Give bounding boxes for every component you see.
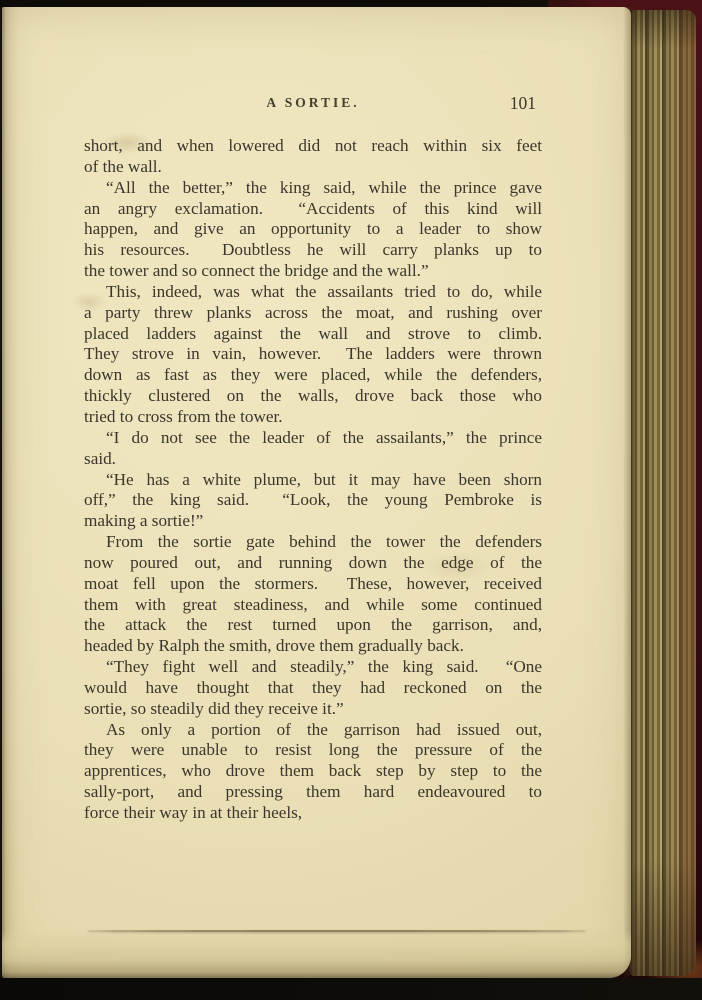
paragraph: As only a portion of the garrison had is…	[84, 720, 542, 824]
text-line: the tower and so connect the bridge and …	[84, 261, 542, 282]
paragraph: From the sortie gate behind the tower th…	[84, 532, 542, 657]
text-line: As only a portion of the garrison had is…	[84, 720, 542, 741]
text-line: From the sortie gate behind the tower th…	[84, 532, 542, 553]
paragraph: “I do not see the leader of the assailan…	[84, 428, 542, 470]
text-line: “I do not see the leader of the assailan…	[84, 428, 542, 449]
text-line: now poured out, and running down the edg…	[84, 553, 542, 574]
page-number: 101	[510, 93, 536, 114]
scanned-book-page-photo: A SORTIE. 101 short, and when lowered di…	[0, 0, 702, 1000]
text-line: them with great steadiness, and while so…	[84, 595, 542, 616]
book-page: A SORTIE. 101 short, and when lowered di…	[2, 7, 631, 978]
text-line: his resources. Doubtless he will carry p…	[84, 240, 542, 261]
text-line: “All the better,” the king said, while t…	[84, 178, 542, 199]
text-line: This, indeed, was what the assailants tr…	[84, 282, 542, 303]
page-left-crease	[2, 7, 20, 978]
page-bottom-curl	[2, 930, 631, 978]
paragraph: “All the better,” the king said, while t…	[84, 178, 542, 282]
paragraph: This, indeed, was what the assailants tr…	[84, 282, 542, 428]
text-line: off,” the king said. “Look, the young Pe…	[84, 490, 542, 511]
text-line: tried to cross from the tower.	[84, 407, 542, 428]
text-line: would have thought that they had reckone…	[84, 678, 542, 699]
text-line: “They fight well and steadily,” the king…	[84, 657, 542, 678]
paragraph: short, and when lowered did not reach wi…	[84, 136, 542, 178]
text-line: They strove in vain, however. The ladder…	[84, 344, 542, 365]
text-line: they were unable to resist long the pres…	[84, 740, 542, 761]
running-title: A SORTIE.	[84, 95, 542, 111]
text-block: short, and when lowered did not reach wi…	[84, 136, 542, 824]
text-line: making a sortie!”	[84, 511, 542, 532]
text-line: said.	[84, 449, 542, 470]
text-line: an angry exclamation. “Accidents of this…	[84, 199, 542, 220]
text-line: the attack the rest turned upon the garr…	[84, 615, 542, 636]
page-content: A SORTIE. 101 short, and when lowered di…	[84, 7, 542, 824]
text-line: short, and when lowered did not reach wi…	[84, 136, 542, 157]
paragraph: “He has a white plume, but it may have b…	[84, 470, 542, 533]
text-line: headed by Ralph the smith, drove them gr…	[84, 636, 542, 657]
text-line: sortie, so steadily did they receive it.…	[84, 699, 542, 720]
paragraph: “They fight well and steadily,” the king…	[84, 657, 542, 720]
text-line: “He has a white plume, but it may have b…	[84, 470, 542, 491]
text-line: a party threw planks across the moat, an…	[84, 303, 542, 324]
page-stack-fore-edge	[630, 10, 696, 976]
text-line: force their way in at their heels,	[84, 803, 542, 824]
text-line: apprentices, who drove them back step by…	[84, 761, 542, 782]
page-header: A SORTIE. 101	[84, 95, 542, 117]
text-line: sally-port, and pressing them hard endea…	[84, 782, 542, 803]
text-line: down as fast as they were placed, while …	[84, 365, 542, 386]
text-line: happen, and give an opportunity to a lea…	[84, 219, 542, 240]
photo-top-border	[0, 0, 600, 7]
photo-bottom-border	[0, 978, 702, 1000]
page-curl-shadow-line	[87, 930, 587, 932]
text-line: placed ladders against the wall and stro…	[84, 324, 542, 345]
page-right-edge-shadow	[623, 7, 631, 978]
text-line: moat fell upon the stormers. These, howe…	[84, 574, 542, 595]
text-line: thickly clustered on the walls, drove ba…	[84, 386, 542, 407]
text-line: of the wall.	[84, 157, 542, 178]
